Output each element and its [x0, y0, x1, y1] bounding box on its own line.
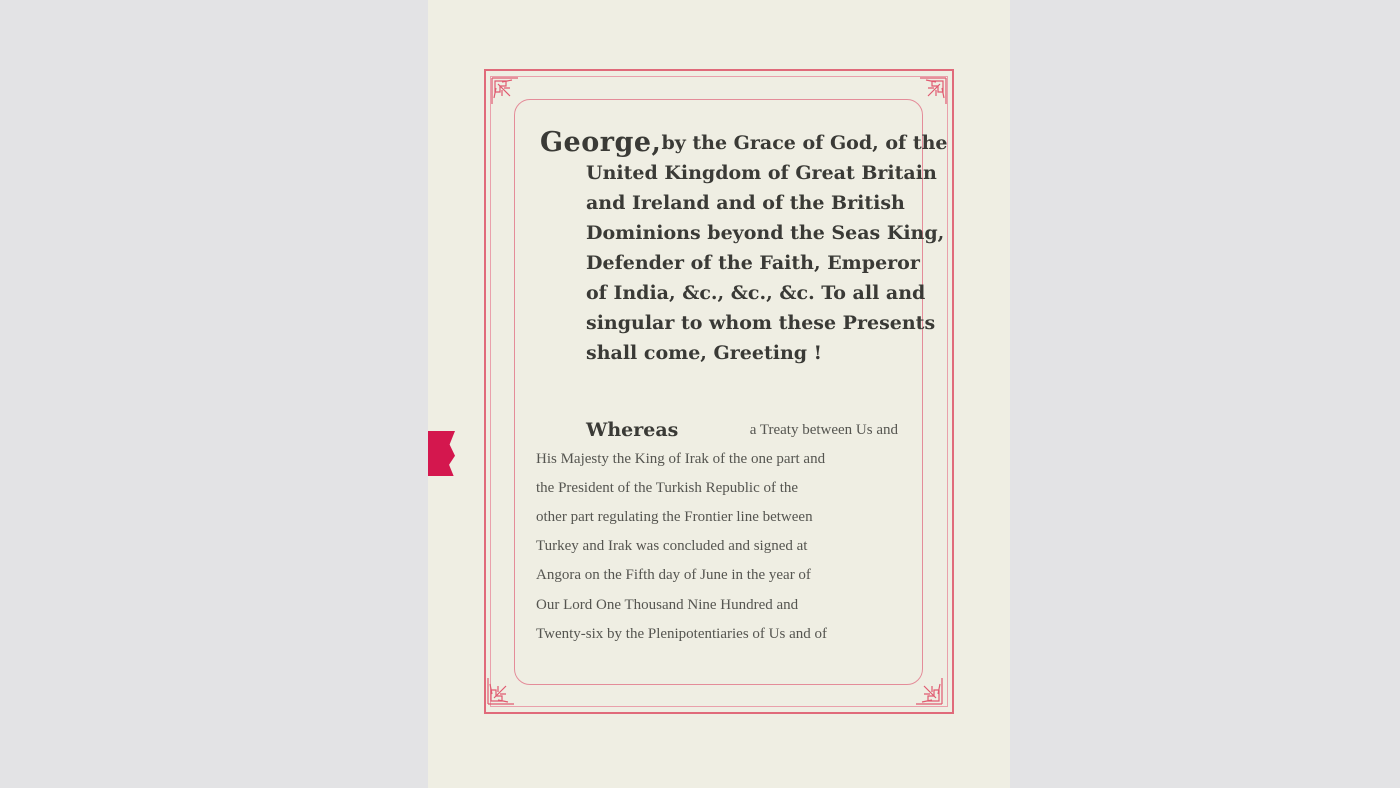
whereas-heading: Whereas [586, 416, 678, 445]
salutation-line: Dominions beyond the Seas King, [540, 218, 902, 248]
salutation-line: George, by the Grace of God, of the [540, 128, 902, 158]
corner-ornament-icon [918, 76, 948, 106]
body-line: Whereas a Treaty between Us and [536, 416, 898, 445]
salutation-text: by the Grace of God, of the [661, 128, 947, 158]
salutation-line: singular to whom these Presents [540, 308, 902, 338]
salutation-line: Defender of the Faith, Emperor [540, 248, 902, 278]
corner-ornament-icon [914, 676, 944, 706]
body-line: Twenty-six by the Plenipotentiaries of U… [536, 620, 898, 649]
body-line: His Majesty the King of Irak of the one … [536, 445, 898, 474]
salutation-line: United Kingdom of Great Britain [540, 158, 902, 188]
corner-ornament-icon [486, 676, 516, 706]
body-line: Turkey and Irak was concluded and signed… [536, 532, 898, 561]
body-line: other part regulating the Frontier line … [536, 503, 898, 532]
body-line: the President of the Turkish Republic of… [536, 474, 898, 503]
body-text-span: a Treaty between Us and [750, 416, 898, 445]
corner-ornament-icon [490, 76, 520, 106]
treaty-body-text: Whereas a Treaty between Us and His Maje… [536, 416, 898, 649]
body-line: Angora on the Fifth day of June in the y… [536, 561, 898, 590]
salutation-line: shall come, Greeting ! [540, 338, 902, 368]
salutation-line: of India, &c., &c., &c. To all and [540, 278, 902, 308]
royal-salutation: George, by the Grace of God, of the Unit… [540, 128, 902, 368]
sovereign-name: George, [540, 128, 661, 158]
body-line: Our Lord One Thousand Nine Hundred and [536, 591, 898, 620]
salutation-line: and Ireland and of the British [540, 188, 902, 218]
